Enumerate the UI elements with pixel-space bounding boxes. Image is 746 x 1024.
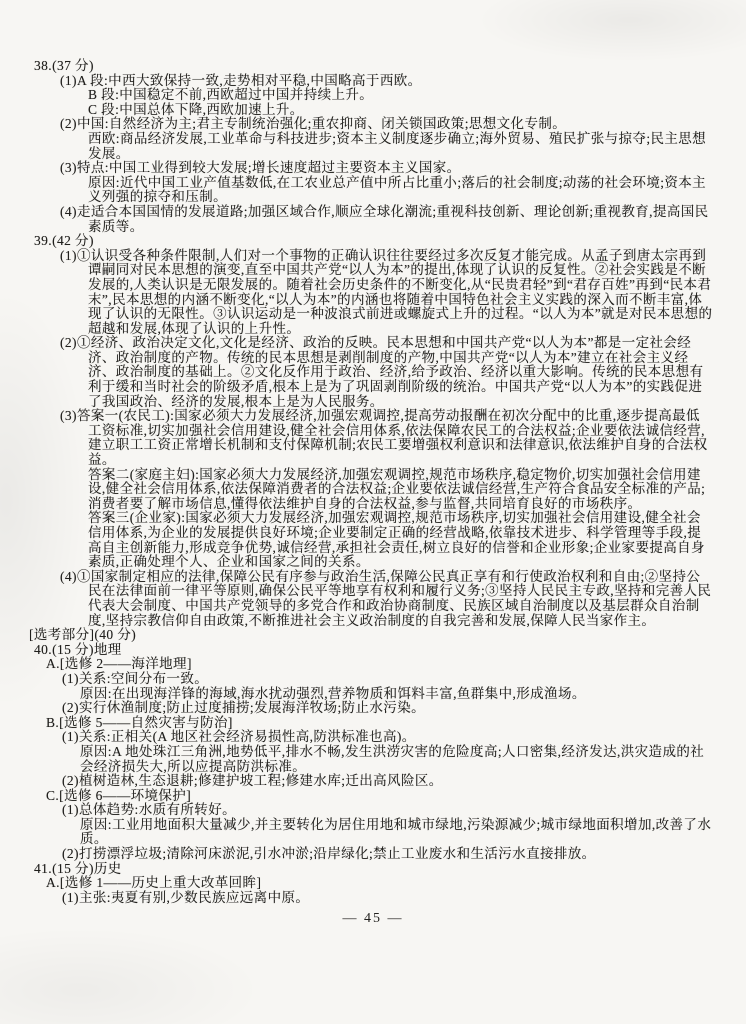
answer-line: (2)植树造林,生态退耕;修建护坡工程;修建水库;迁出高风险区。 <box>0 774 713 789</box>
answer-line: (1)总体趋势:水质有所转好。 <box>0 803 713 818</box>
answer-line: (3)答案一(农民工):国家必须大力发展经济,加强宏观调控,提高劳动报酬在初次分… <box>0 409 713 467</box>
answer-line: (2)实行休渔制度;防止过度捕捞;发展海洋牧场;防止水污染。 <box>0 701 713 716</box>
answer-line: (2)①经济、政治决定文化,文化是经济、政治的反映。民本思想和中国共产党“以人为… <box>0 336 713 409</box>
answer-line: 原因:工业用地面积大量减少,并主要转化为居住用地和城市绿地,污染源减少;城市绿地… <box>0 818 713 847</box>
answer-line: (1)关系:空间分布一致。 <box>0 672 713 687</box>
answer-line: (4)走适合本国国情的发展道路;加强区域合作,顺应全球化潮流;重视科技创新、理论… <box>0 205 713 234</box>
answer-line: 原因:A 地处珠江三角洲,地势低平,排水不畅,发生洪涝灾害的危险度高;人口密集,… <box>0 745 713 774</box>
answer-line: A.[选修 2——海洋地理] <box>0 657 713 672</box>
answer-line: (1)关系:正相关(A 地区社会经济易损性高,防洪标准也高)。 <box>0 730 713 745</box>
answer-line: A.[选修 1——历史上重大改革回眸] <box>0 876 713 891</box>
answer-line: 39.(42 分) <box>0 234 713 249</box>
document-body: 38.(37 分)(1)A 段:中西大致保持一致,走势相对平稳,中国略高于西欧。… <box>0 0 746 905</box>
page-number: — 45 — <box>0 911 746 927</box>
answer-line: 38.(37 分) <box>0 59 713 74</box>
answer-line: [选考部分](40 分) <box>0 628 713 643</box>
answer-line: (3)特点:中国工业得到较大发展;增长速度超过主要资本主义国家。 <box>0 161 713 176</box>
scanned-exam-answer-page: 38.(37 分)(1)A 段:中西大致保持一致,走势相对平稳,中国略高于西欧。… <box>0 0 746 1024</box>
answer-line: 答案三(企业家):国家必须大力发展经济,加强宏观调控,规范市场秩序,切实加强社会… <box>0 511 713 569</box>
answer-line: (1)①认识受各种条件限制,人们对一个事物的正确认识往往要经过多次反复才能完成。… <box>0 249 713 337</box>
answer-line: 西欧:商品经济发展,工业革命与科技进步;资本主义制度逐步确立;海外贸易、殖民扩张… <box>0 132 713 161</box>
answer-line: (2)中国:自然经济为主;君主专制统治强化;重农抑商、闭关锁国政策;思想文化专制… <box>0 117 713 132</box>
answer-line: 原因:在出现海洋锋的海域,海水扰动强烈,营养物质和饵料丰富,鱼群集中,形成渔场。 <box>0 687 713 702</box>
answer-line: 答案二(家庭主妇):国家必须大力发展经济,加强宏观调控,规范市场秩序,稳定物价,… <box>0 468 713 512</box>
answer-line: (1)A 段:中西大致保持一致,走势相对平稳,中国略高于西欧。 <box>0 74 713 89</box>
answer-line: (4)①国家制定相应的法律,保障公民有序参与政治生活,保障公民真正享有和行使政治… <box>0 570 713 628</box>
answer-line: B 段:中国稳定不前,西欧超过中国并持续上升。 <box>0 88 713 103</box>
answer-line: 原因:近代中国工业产值基数低,在工农业总产值中所占比重小;落后的社会制度;动荡的… <box>0 176 713 205</box>
answer-line: (1)主张:夷夏有别,少数民族应远离中原。 <box>0 891 713 906</box>
answer-line: (2)打捞漂浮垃圾;清除河床淤泥,引水冲淤;沿岸绿化;禁止工业废水和生活污水直接… <box>0 847 713 862</box>
